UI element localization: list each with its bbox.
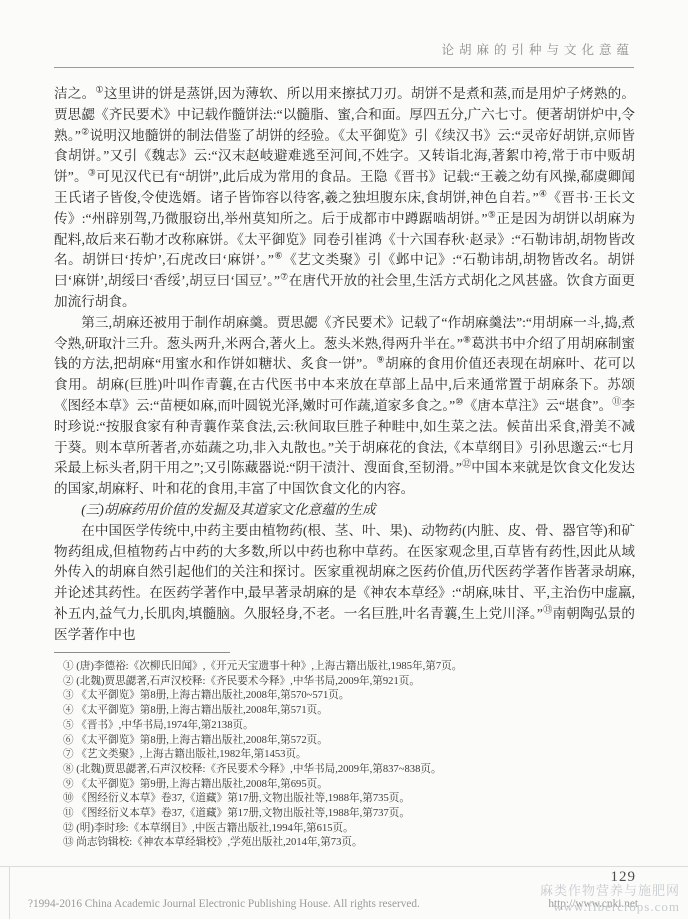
- paragraph-continued: 洁之。①这里讲的饼是蒸饼,因为薄软、所以用来擦拭刀刃。胡饼不是煮和蒸,而是用炉子…: [54, 84, 635, 313]
- copyright-text: ?1994-2016 China Academic Journal Electr…: [28, 898, 420, 910]
- footnote: ⑧ (北魏)贾思勰著,石声汉校释:《齐民要术今释》,中华书局,2009年,第83…: [54, 763, 635, 778]
- article-body: 洁之。①这里讲的饼是蒸饼,因为薄软、所以用来擦拭刀刃。胡饼不是煮和蒸,而是用炉子…: [54, 84, 635, 646]
- footnote: ⑬ 尚志钧辑校:《神农本草经辑校》,学苑出版社,2014年,第73页。: [54, 836, 635, 851]
- scan-page-bottom-edge: [0, 866, 688, 867]
- scan-page-left-edge: [9, 866, 10, 919]
- footnote: ⑫ (明)李时珍:《本草纲目》,中医古籍出版社,1994年,第615页。: [54, 822, 635, 837]
- page-header: 论胡麻的引种与文化意蕴: [54, 40, 634, 68]
- footnote: ③ 《太平御览》第8册,上海古籍出版社,2008年,第570~571页。: [54, 689, 635, 704]
- footnote: ⑤ 《晋书》,中华书局,1974年,第2138页。: [54, 719, 635, 734]
- document-page: 论胡麻的引种与文化意蕴 洁之。①这里讲的饼是蒸饼,因为薄软、所以用来擦拭刀刃。胡…: [0, 0, 688, 919]
- watermark-site-name: 麻类作物营养与施肥网: [540, 883, 680, 899]
- section-heading: (三)胡麻药用价值的发掘及其道家文化意蕴的生成: [54, 500, 635, 521]
- footnote: ⑨ 《太平御览》第9册,上海古籍出版社,2008年,第695页。: [54, 778, 635, 793]
- footnote: ⑦ 《艺文类聚》,上海古籍出版社,1982年,第1453页。: [54, 748, 635, 763]
- footnote: ⑩ 《图经衍义本草》卷37,《道藏》第17册,文物出版社等,1988年,第735…: [54, 792, 635, 807]
- footnotes-section: ① (唐)李德裕:《次柳氏旧闻》,《开元天宝遗事十种》,上海古籍出版社,1985…: [54, 652, 635, 851]
- footnote: ⑪ 《图经衍义本草》卷37,《道藏》第17册,文物出版社等,1988年,第737…: [54, 807, 635, 822]
- footnote-divider: [54, 652, 230, 653]
- footnote: ① (唐)李德裕:《次柳氏旧闻》,《开元天宝遗事十种》,上海古籍出版社,1985…: [54, 660, 635, 675]
- paragraph: 在中国医学传统中,中药主要由植物药(根、茎、叶、果)、动物药(内脏、皮、骨、器官…: [54, 521, 635, 646]
- watermark: 麻类作物营养与施肥网 www.fibercrops.com: [540, 883, 680, 914]
- running-head-title: 论胡麻的引种与文化意蕴: [54, 40, 634, 58]
- footnote: ⑥ 《太平御览》第8册,上海古籍出版社,2008年,第572页。: [54, 734, 635, 749]
- watermark-site-url: www.fibercrops.com: [540, 899, 680, 915]
- paragraph: 第三,胡麻还被用于制作胡麻羹。贾思勰《齐民要术》记载了“作胡麻羹法”:“用胡麻一…: [54, 313, 635, 500]
- footnote: ② (北魏)贾思勰著,石声汉校释:《齐民要术今释》,中华书局,2009年,第92…: [54, 675, 635, 690]
- footnote: ④ 《太平御览》第8册,上海古籍出版社,2008年,第571页。: [54, 704, 635, 719]
